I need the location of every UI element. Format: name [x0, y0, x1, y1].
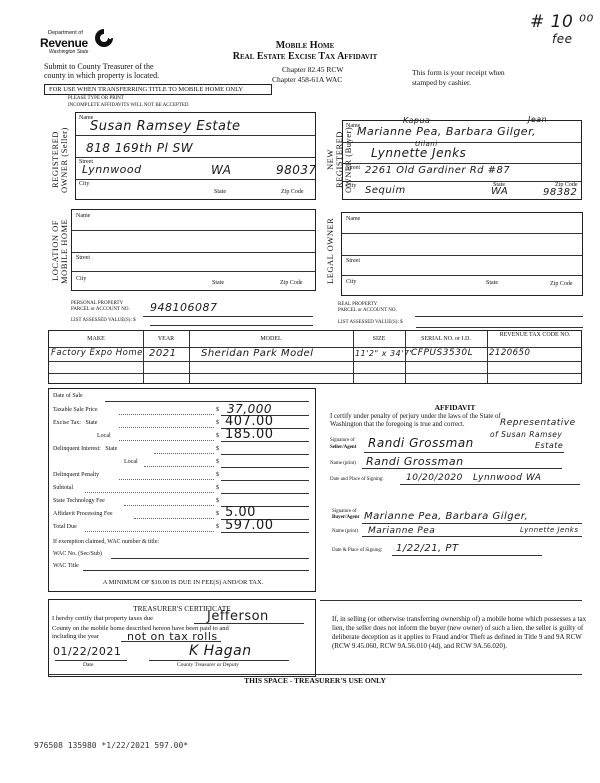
personal-parcel-label-2: PARCEL or ACCOUNT NO.: [71, 307, 130, 312]
buyer-city-label: City: [346, 183, 356, 189]
submit-instruction-1: Submit to County Treasurer of the: [44, 62, 154, 71]
wac-no-label: WAC No. (Sec/Sub): [53, 551, 102, 557]
personal-assessed-label: LIST ASSESSED VALUE(S): $: [71, 318, 136, 323]
serial-field[interactable]: CFPUS3530L: [411, 348, 473, 358]
total-due-field[interactable]: 597.00: [225, 518, 274, 533]
type-or-print: PLEASE TYPE OR PRINT: [68, 96, 124, 101]
location-name-label: Name: [76, 213, 90, 219]
col-header-revenue-code: REVENUE TAX CODE NO.: [489, 332, 581, 339]
treasurer-use-banner: THIS SPACE - TREASURER'S USE ONLY: [200, 676, 430, 685]
seller-street-field[interactable]: Lynnwood: [82, 163, 142, 176]
seller-name-field[interactable]: Susan Ramsey Estate: [90, 119, 241, 134]
currency-symbol: $: [216, 459, 219, 465]
col-header-year: YEAR: [143, 336, 189, 342]
buyer-name-annotation-1: Kapua: [403, 116, 430, 125]
delinquent-penalty-label: Delinquent Penalty: [53, 472, 99, 478]
receipt-note-1: This form is your receipt when: [412, 68, 505, 77]
affidavit-title: AFFIDAVIT: [330, 403, 580, 412]
legal-owner-zip-label: Zip Code: [550, 281, 573, 287]
chapter-rcw: Chapter 82.45 RCW: [282, 65, 343, 74]
seller-date-place-field[interactable]: 10/20/2020 Lynnwood WA: [406, 473, 541, 483]
subtotal-label: Subtotal: [53, 485, 73, 491]
chapter-wac: Chapter 458-61A WAC: [272, 75, 342, 84]
model-field[interactable]: Sheridan Park Model: [201, 348, 313, 359]
real-parcel-label-1: REAL PROPERTY: [338, 302, 377, 307]
currency-symbol: $: [216, 433, 219, 439]
treasurer-county-field[interactable]: Jefferson: [207, 609, 269, 624]
currency-symbol: $: [216, 446, 219, 452]
buyer-address-line2-field[interactable]: Lynnette Jenks: [371, 146, 466, 160]
location-street-label: Street: [76, 255, 90, 261]
seller-zip-inline-field[interactable]: 98037: [276, 163, 317, 177]
size-field[interactable]: 11'2" x 34'7": [355, 349, 414, 358]
currency-symbol: $: [216, 407, 219, 413]
legal-owner-street-label: Street: [346, 258, 360, 264]
dor-logo: Department of Revenue Washington State: [40, 30, 120, 60]
seller-signature-field[interactable]: Randi Grossman: [368, 436, 474, 450]
personal-parcel-field[interactable]: 948106087: [150, 301, 218, 314]
col-header-serial: SERIAL NO. or I.D.: [405, 336, 487, 342]
real-parcel-label-2: PARCEL or ACCOUNT NO.: [338, 308, 397, 313]
seller-date-place-label: Date and Place of Signing:: [330, 477, 384, 482]
buyer-date-place-label: Date & Place of Signing:: [332, 548, 382, 553]
affidavit-statement-1: I certify under penalty of perjury under…: [330, 413, 501, 420]
location-box: Name Street City State Zip Code: [71, 209, 316, 291]
treasurer-date-label: Date: [83, 662, 93, 668]
currency-symbol: $: [216, 420, 219, 426]
seller-sig-label-2: Seller/Agent: [330, 445, 356, 450]
col-header-model: MODEL: [189, 336, 353, 342]
treasurer-signature-field[interactable]: K Hagan: [189, 643, 252, 659]
wac-title-label: WAC Title: [53, 563, 79, 569]
treasurer-date-field[interactable]: 01/22/2021: [53, 645, 121, 658]
col-header-size: SIZE: [353, 336, 405, 342]
legal-owner-city-label: City: [346, 279, 356, 285]
dor-swirl-logo-icon: [94, 28, 114, 48]
buyer-sig-label-2: Buyer/Agent: [332, 515, 359, 520]
treasurer-line3: including the year: [52, 633, 99, 640]
personal-parcel-label-1: PERSONAL PROPERTY: [71, 301, 123, 306]
seller-zip-label: Zip Code: [281, 189, 304, 195]
currency-symbol: $: [216, 485, 219, 491]
title-line1: Mobile Home: [200, 40, 410, 51]
seller-address-line2-field[interactable]: 818 169th Pl SW: [86, 141, 193, 155]
seller-name-print-field[interactable]: Randi Grossman: [366, 455, 464, 468]
affidavit-statement-2: Washington that the foregoing is true an…: [330, 421, 465, 428]
delinquent-interest-state-label: Delinquent Interest: State: [53, 446, 117, 452]
receipt-stamp: 976508 135980 *1/22/2021 597.00*: [34, 741, 188, 750]
treasurer-certificate-box: TREASURER'S CERTIFICATE I hereby certify…: [48, 599, 316, 677]
buyer-sig-label-1: Signature of: [332, 509, 357, 514]
seller-sig-note-3: Estate: [535, 441, 563, 450]
date-of-sale-label: Date of Sale: [53, 393, 83, 399]
buyer-date-place-field[interactable]: 1/22/21, PT: [396, 543, 459, 554]
fee-note-amount: # 10 ⁰⁰: [530, 12, 594, 32]
total-due-label: Total Due: [53, 524, 77, 530]
seller-section-label: REGISTERED OWNER (Seller): [51, 122, 71, 198]
treasurer-year-field[interactable]: not on tax rolls: [127, 630, 218, 643]
buyer-box: Name Kapua Jean Marianne Pea, Barbara Gi…: [342, 120, 582, 200]
seller-sig-note-2: of Susan Ramsey: [490, 430, 562, 439]
legal-owner-name-label: Name: [346, 216, 360, 222]
location-state-label: State: [212, 280, 224, 286]
submit-instruction-2: county in which property is located.: [44, 71, 159, 80]
excise-tax-local-field[interactable]: 185.00: [225, 427, 274, 442]
currency-symbol: $: [216, 511, 219, 517]
buyer-signature-field[interactable]: Marianne Pea, Barbara Gilger,: [364, 511, 528, 522]
state-technology-fee-label: State Technology Fee: [53, 498, 105, 504]
tax-calculation-box: Date of Sale Taxable Sale Price $ 37,000…: [48, 388, 316, 592]
year-field[interactable]: 2021: [149, 348, 176, 359]
receipt-note-2: stamped by cashier.: [412, 78, 471, 87]
excise-tax-local-label: Local: [97, 433, 111, 439]
real-assessed-label: LIST ASSESSED VALUE(S): $: [338, 320, 403, 325]
logo-line2: Revenue: [40, 36, 88, 50]
buyer-name-print-field-2[interactable]: Lynnette Jenks: [520, 526, 579, 534]
buyer-name-print-field[interactable]: Marianne Pea: [368, 526, 435, 536]
revenue-code-field[interactable]: 2120650: [489, 348, 530, 358]
treasurer-certificate-title: TREASURER'S CERTIFICATE: [49, 604, 315, 613]
seller-city-label: City: [79, 181, 89, 187]
logo-line3: Washington State: [49, 49, 88, 55]
legal-owner-state-label: State: [486, 280, 498, 286]
buyer-zip-field[interactable]: 98382: [543, 187, 577, 198]
treasurer-signature-label: County Treasurer or Deputy: [177, 662, 239, 668]
treasurer-line1: I hereby certify that property taxes due: [52, 615, 153, 622]
seller-sig-note-1: Representative: [500, 418, 576, 428]
exemption-label: If exemption claimed, WAC number & title…: [53, 539, 159, 545]
legal-owner-box: Name Street City State Zip Code: [341, 212, 583, 296]
buyer-street-field[interactable]: 2261 Old Gardiner Rd #87: [365, 165, 510, 176]
seller-name-print-label: Name (print): [330, 461, 356, 466]
buyer-state-field[interactable]: WA: [491, 186, 508, 197]
location-section-label: LOCATION OF MOBILE HOME: [51, 212, 71, 290]
delinquent-interest-local-label: Local: [124, 459, 138, 465]
fraud-notice: If, in selling (or otherwise transferrin…: [332, 615, 588, 651]
buyer-city-field[interactable]: Sequim: [365, 185, 406, 196]
taxable-sale-price-label: Taxable Sale Price: [53, 407, 98, 413]
incomplete-warning: INCOMPLETE AFFIDAVITS WILL NOT BE ACCEPT…: [68, 103, 189, 108]
seller-state-label: State: [214, 189, 226, 195]
currency-symbol: $: [216, 524, 219, 530]
buyer-name-field[interactable]: Marianne Pea, Barbara Gilger,: [357, 125, 536, 138]
excise-tax-state-label: Excise Tax: State: [53, 420, 97, 426]
seller-box: Name Susan Ramsey Estate 818 169th Pl SW…: [75, 112, 316, 200]
transfer-banner: FOR USE WHEN TRANSFERRING TITLE TO MOBIL…: [44, 84, 272, 95]
col-header-make: MAKE: [49, 336, 143, 342]
buyer-name-print-label: Name (print): [332, 529, 358, 534]
location-city-label: City: [76, 276, 86, 282]
buyer-name-annotation-2: Jean: [528, 115, 547, 124]
location-zip-label: Zip Code: [280, 280, 303, 286]
currency-symbol: $: [216, 498, 219, 504]
seller-sig-label-1: Signature of: [330, 438, 355, 443]
seller-state-inline-field[interactable]: WA: [211, 163, 231, 177]
title-line2: Real Estate Excise Tax Affidavit: [180, 51, 430, 62]
affidavit-processing-fee-label: Affidavit Processing Fee: [53, 511, 113, 517]
buyer-street-label: Street: [346, 165, 360, 171]
make-field[interactable]: Factory Expo Home: [51, 348, 143, 358]
currency-symbol: $: [216, 472, 219, 478]
fee-note-label: fee: [552, 32, 573, 46]
minimum-notice: A MINIMUM OF $10.00 IS DUE IN FEE(S) AND…: [49, 579, 317, 586]
home-details-table: MAKE YEAR MODEL SIZE SERIAL NO. or I.D. …: [48, 330, 582, 384]
